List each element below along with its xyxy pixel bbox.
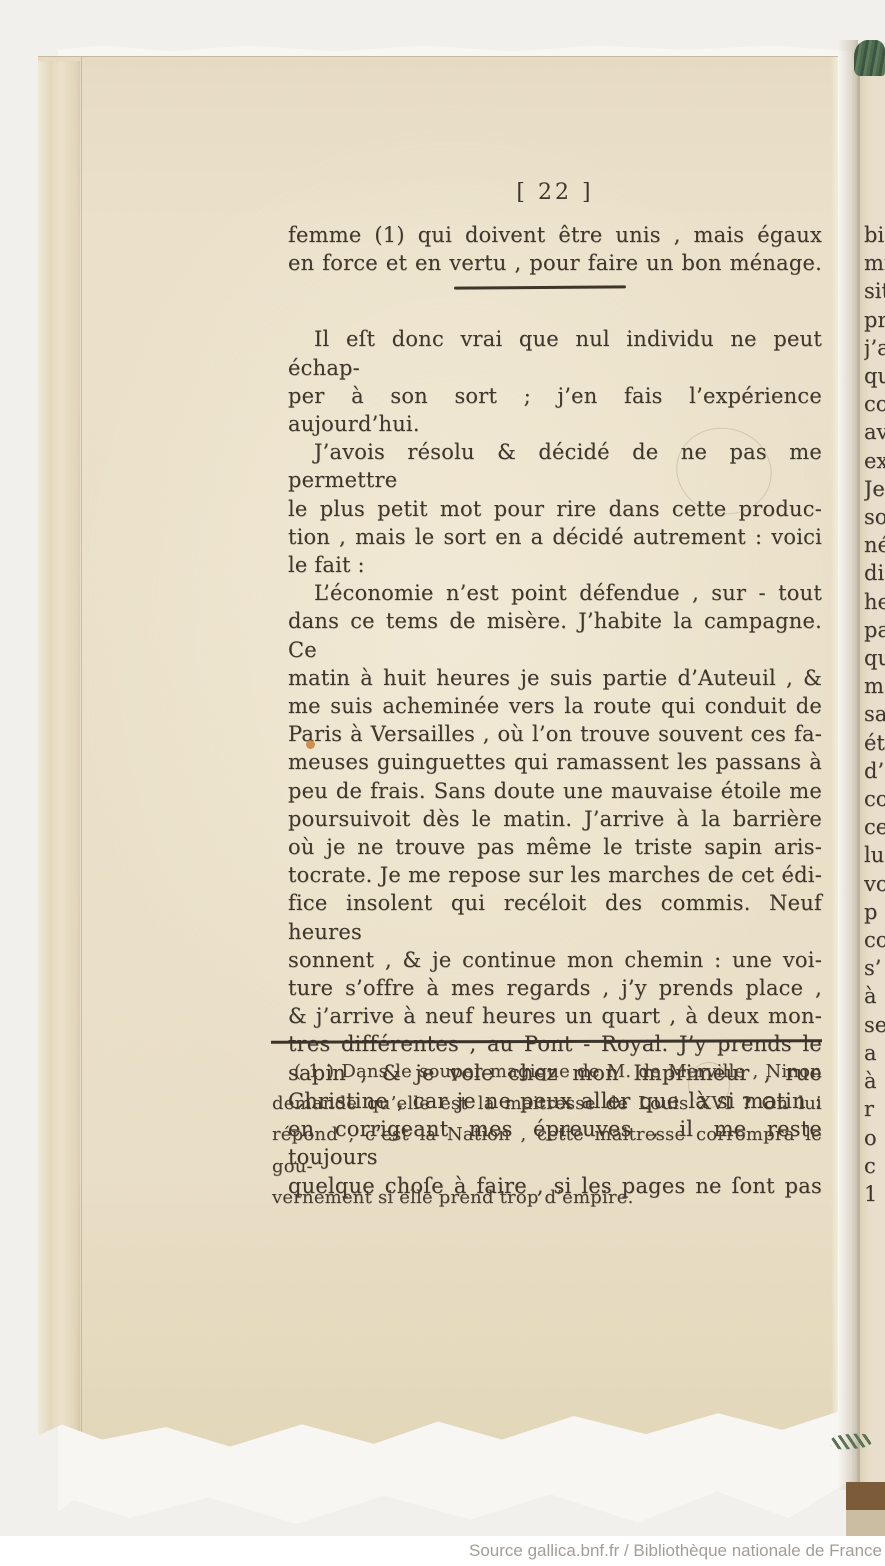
text-line: le fait : — [288, 551, 822, 579]
text-line: Il eſt donc vrai que nul individu ne peu… — [288, 325, 822, 381]
facing-text-fragment: co — [864, 390, 885, 418]
facing-text-fragment: s’ — [864, 954, 885, 982]
facing-text-fragment: ét — [864, 729, 885, 757]
text-line: poursuivoit dès le matin. J’arrive à la … — [288, 805, 822, 833]
section-separator-rule — [454, 286, 626, 290]
facing-text-fragment: ce — [864, 813, 885, 841]
footnote-line: répond , c’est la Nation , cette maitres… — [272, 1119, 822, 1182]
facing-text-fragment: di — [864, 559, 885, 587]
text-line: où je ne trouve pas même le triste sapin… — [288, 833, 822, 861]
facing-text-fragment: j’al — [864, 334, 885, 362]
footnote-line: vernement si elle prend trop d’empire. — [272, 1182, 822, 1214]
text-line: tion , mais le sort en a décidé autremen… — [288, 523, 822, 551]
facing-text-fragment: ex — [864, 447, 885, 475]
text-line: fice insolent qui recéloit des commis. N… — [288, 889, 822, 945]
facing-text-fragment: r — [864, 1095, 885, 1123]
text-line: me suis acheminée vers la route qui cond… — [288, 692, 822, 720]
facing-text-fragment: pre — [864, 306, 885, 334]
text-line: meuses guinguettes qui ramassent les pas… — [288, 748, 822, 776]
facing-text-fragment: lu — [864, 841, 885, 869]
facing-text-fragment: siti — [864, 277, 885, 305]
source-text: Source gallica.bnf.fr / Bibliothèque nat… — [469, 1541, 882, 1560]
page-number: [ 22 ] — [288, 180, 822, 205]
facing-text-fragment: qu — [864, 644, 885, 672]
text-line: tres différentes , au Pont - Royal. J’y … — [288, 1030, 822, 1058]
facing-text-fragment: m — [864, 672, 885, 700]
facing-text-fragment: co — [864, 926, 885, 954]
book-spine-edge — [846, 1510, 885, 1536]
faint-ink-mark — [688, 1062, 730, 1108]
facing-text-fragment: se — [864, 1011, 885, 1039]
page-crease — [81, 57, 82, 1448]
text-line: matin à huit heures je suis partie d’Aut… — [288, 664, 822, 692]
text-line: sonnent , & je continue mon chemin : une… — [288, 946, 822, 974]
facing-text-fragment: he — [864, 588, 885, 616]
page-text-block: femme (1) qui doivent être unis , mais é… — [288, 221, 822, 1200]
facing-text-fragment: co — [864, 785, 885, 813]
text-line: femme (1) qui doivent être unis , mais é… — [288, 221, 822, 249]
facing-text-fragment: c — [864, 1152, 885, 1180]
paper-stain — [306, 740, 315, 749]
facing-text-fragment: av — [864, 418, 885, 446]
book-scan: [ 22 ] femme (1) qui doivent être unis ,… — [0, 0, 885, 1536]
text-line: en force et en vertu , pour faire un bon… — [288, 249, 822, 277]
facing-text-fragment: a — [864, 1039, 885, 1067]
page-deckled-edge — [38, 61, 80, 1438]
facing-text-fragment: d’ — [864, 757, 885, 785]
facing-text-fragment: vo — [864, 870, 885, 898]
facing-text-fragment: Je — [864, 475, 885, 503]
facing-page-text-fragments: biemisitiprej’alqucoavexJesonédihepaqums… — [864, 221, 885, 1208]
facing-text-fragment: bie — [864, 221, 885, 249]
footnote-block: ( 1 ) Dans le souper magique de M. de Me… — [272, 1056, 822, 1214]
page-edge-highlight — [831, 57, 838, 1434]
facing-text-fragment: qu — [864, 362, 885, 390]
facing-text-fragment: o — [864, 1124, 885, 1152]
facing-text-fragment: à — [864, 982, 885, 1010]
facing-text-fragment: so — [864, 503, 885, 531]
book-cover-edge — [846, 1482, 885, 1512]
text-line: & j’arrive à neuf heures un quart , à de… — [288, 1002, 822, 1030]
text-line: dans ce tems de misère. J’habite la camp… — [288, 607, 822, 663]
footnote-line: ( 1 ) Dans le souper magique de M. de Me… — [272, 1056, 822, 1088]
book-gutter-shadow — [838, 40, 858, 1490]
text-line: L’économie n’est point défendue , sur - … — [288, 579, 822, 607]
footnote-line: demande qu’elle est la maitresse de Loui… — [272, 1088, 822, 1120]
facing-text-fragment: pa — [864, 616, 885, 644]
text-line: peu de frais. Sans doute une mauvaise ét… — [288, 777, 822, 805]
text-line: Paris à Versailles , où l’on trouve souv… — [288, 720, 822, 748]
text-line: ture s’offre à mes regards , j’y prends … — [288, 974, 822, 1002]
facing-text-fragment: né — [864, 531, 885, 559]
source-attribution-bar: Source gallica.bnf.fr / Bibliothèque nat… — [0, 1536, 885, 1566]
green-headband — [854, 40, 885, 76]
text-line: tocrate. Je me repose sur les marches de… — [288, 861, 822, 889]
facing-text-fragment: 1 — [864, 1180, 885, 1208]
text-line: per à son sort ; j’en fais l’expérience … — [288, 382, 822, 438]
facing-text-fragment: sa — [864, 700, 885, 728]
facing-text-fragment: mi — [864, 249, 885, 277]
facing-text-fragment: p — [864, 898, 885, 926]
facing-text-fragment: à — [864, 1067, 885, 1095]
